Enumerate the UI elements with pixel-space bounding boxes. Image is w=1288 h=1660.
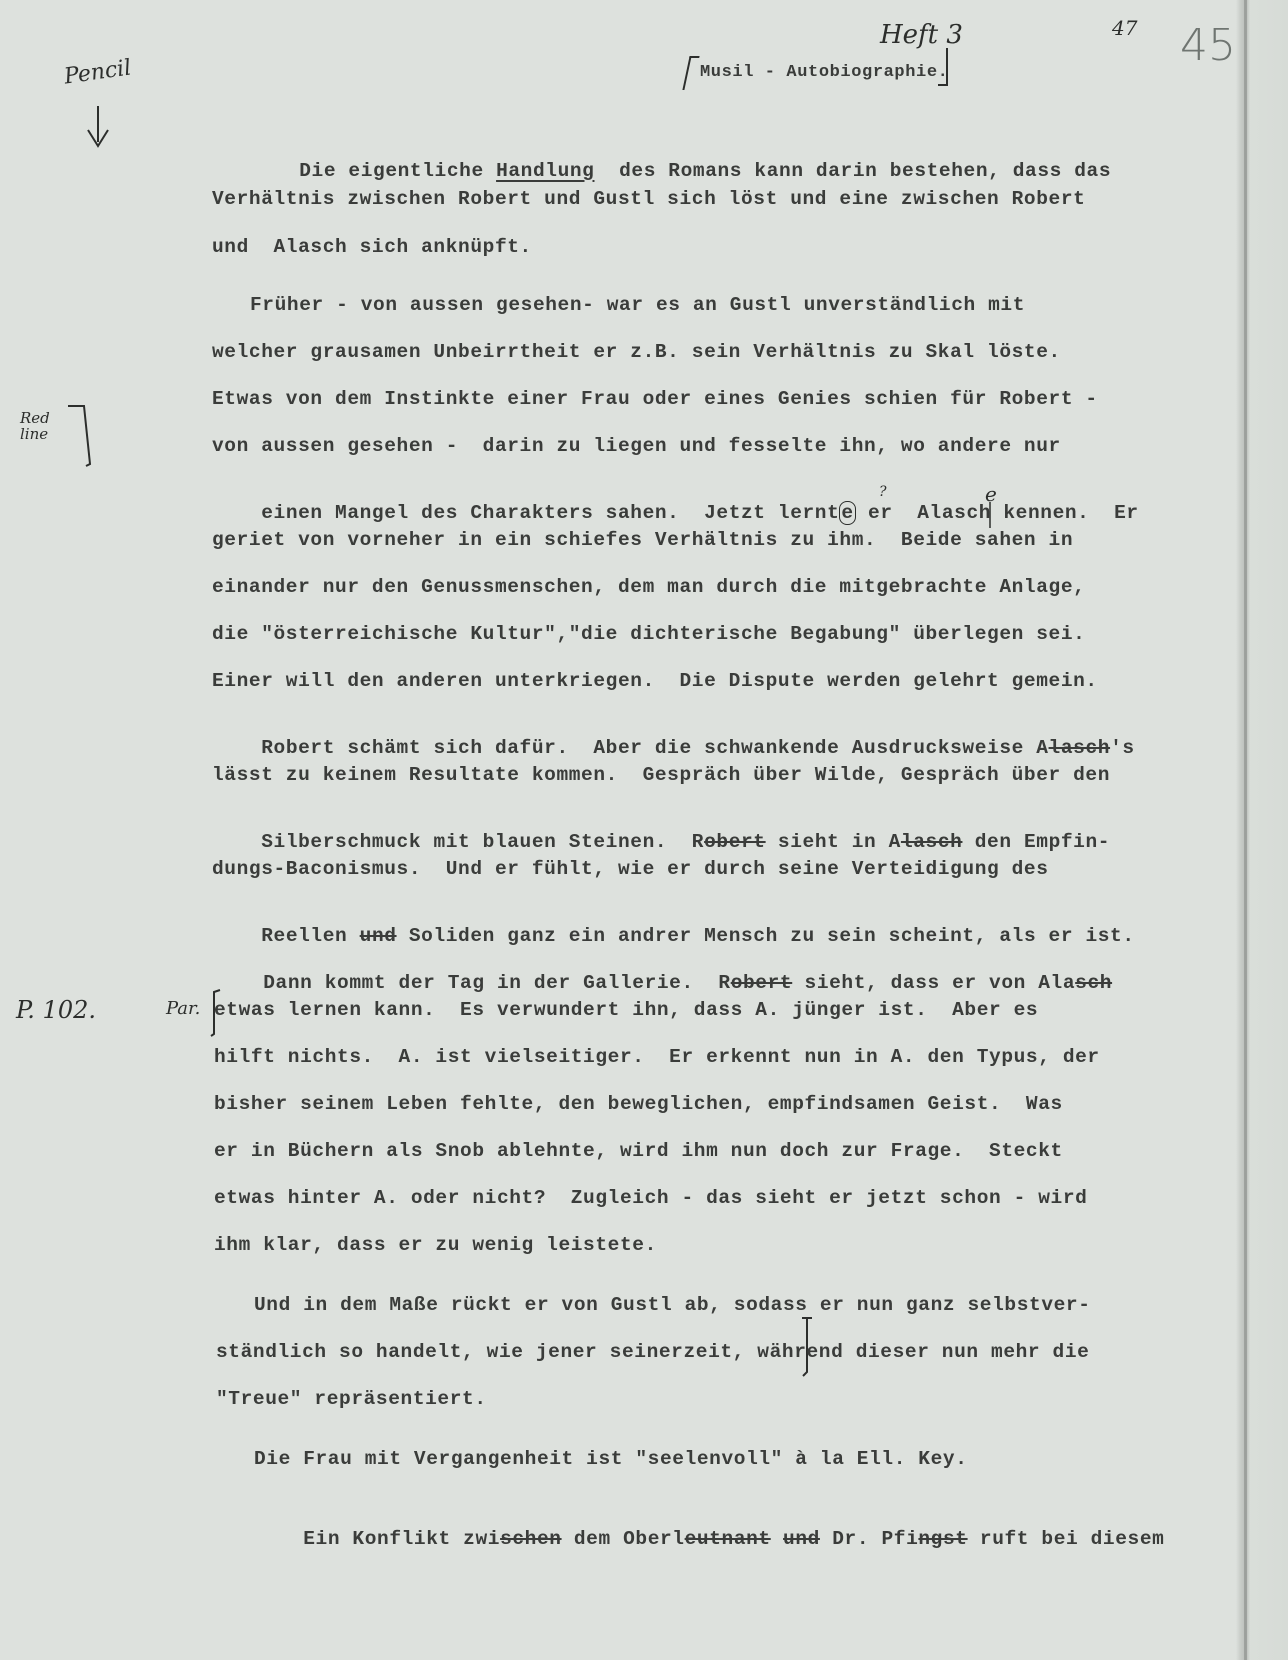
text-line: Ein Konflikt zwischen dem Oberleutnant u… bbox=[254, 1510, 1164, 1569]
text-line: er in Büchern als Snob ablehnte, wird ih… bbox=[214, 1142, 1063, 1162]
title-bracket-right bbox=[938, 48, 948, 86]
text-line: etwas lernen kann. Es verwundert ihn, da… bbox=[214, 1001, 1038, 1021]
title-bracket-left bbox=[682, 56, 699, 90]
text-line: Einer will den anderen unterkriegen. Die… bbox=[212, 672, 1098, 692]
page-edge-shadow bbox=[1244, 0, 1247, 1660]
text-line: dungs-Baconismus. Und er fühlt, wie er d… bbox=[212, 860, 1049, 880]
document-title: Musil - Autobiographie. bbox=[700, 64, 948, 81]
archive-number: 47 bbox=[1112, 16, 1137, 40]
text-line: ihm klar, dass er zu wenig leistete. bbox=[214, 1236, 657, 1256]
heft-note: Heft 3 bbox=[880, 20, 963, 50]
text-line: Etwas von dem Instinkte einer Frau oder … bbox=[212, 390, 1098, 410]
margin-note-paragraph: Par. bbox=[166, 998, 200, 1019]
text-line: Verhältnis zwischen Robert und Gustl sic… bbox=[212, 190, 1085, 210]
text-line: Früher - von aussen gesehen- war es an G… bbox=[250, 296, 1025, 316]
text-line: welcher grausamen Unbeirrtheit er z.B. s… bbox=[212, 343, 1061, 363]
text-line: bisher seinem Leben fehlte, den beweglic… bbox=[214, 1095, 1063, 1115]
text-line: etwas hinter A. oder nicht? Zugleich - d… bbox=[214, 1189, 1087, 1209]
document-page: Heft 3 47 45 Musil - Autobiographie. Pen… bbox=[0, 0, 1288, 1660]
text-line: "Treue" repräsentiert. bbox=[216, 1390, 487, 1410]
text-line: lässt zu keinem Resultate kommen. Gesprä… bbox=[212, 766, 1110, 786]
text-line: von aussen gesehen - darin zu liegen und… bbox=[212, 437, 1061, 457]
margin-bracket-icon bbox=[64, 404, 94, 474]
page-number: 45 bbox=[1180, 20, 1236, 71]
margin-note-red-line: Red line bbox=[20, 410, 64, 442]
text-line: Die Frau mit Vergangenheit ist "seelenvo… bbox=[254, 1450, 968, 1470]
text-line: geriet von vorneher in ein schiefes Verh… bbox=[212, 531, 1073, 551]
arrow-down-icon bbox=[86, 104, 110, 152]
margin-note-pencil: Pencil bbox=[63, 55, 133, 89]
text-line: ständlich so handelt, wie jener seinerze… bbox=[216, 1343, 1089, 1363]
text-line: die "österreichische Kultur","die dichte… bbox=[212, 625, 1085, 645]
text-line: und Alasch sich anknüpft. bbox=[212, 238, 532, 258]
text-line: einander nur den Genussmenschen, dem man… bbox=[212, 578, 1085, 598]
margin-note-page-ref: P. 102. bbox=[16, 996, 96, 1024]
text-line: Und in dem Maße rückt er von Gustl ab, s… bbox=[254, 1296, 1091, 1316]
text-line: hilft nichts. A. ist vielseitiger. Er er… bbox=[214, 1048, 1100, 1068]
